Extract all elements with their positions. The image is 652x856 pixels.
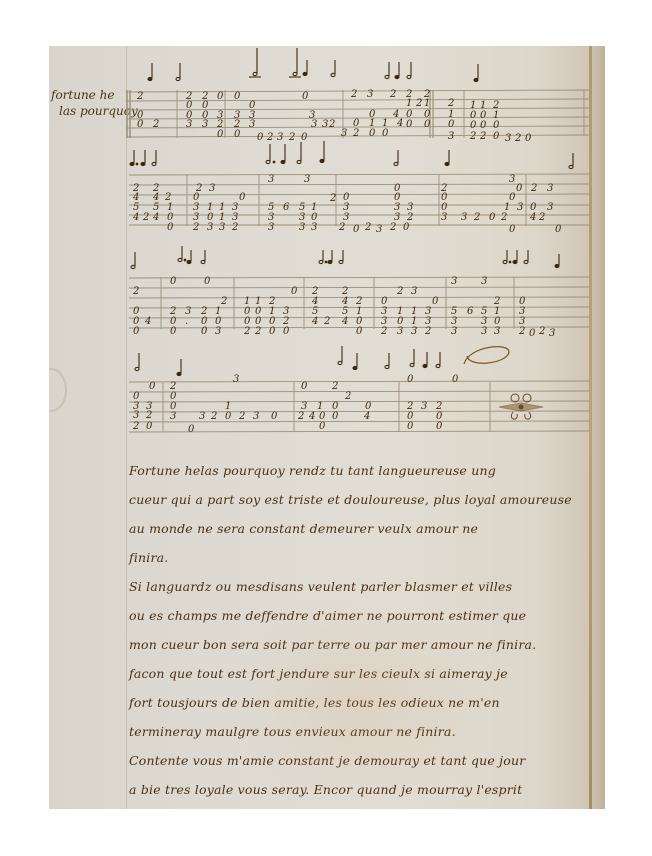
svg-text:3: 3 bbox=[311, 222, 317, 233]
svg-text:3: 3 bbox=[376, 224, 382, 235]
svg-text:0: 0 bbox=[204, 276, 211, 287]
svg-text:2: 2 bbox=[469, 131, 476, 142]
svg-text:0: 0 bbox=[291, 286, 298, 297]
svg-text:0: 0 bbox=[301, 132, 308, 143]
svg-text:0: 0 bbox=[239, 192, 246, 203]
svg-text:0: 0 bbox=[555, 224, 562, 235]
svg-text:2: 2 bbox=[364, 222, 371, 233]
svg-text:0: 0 bbox=[356, 326, 363, 337]
svg-text:3: 3 bbox=[481, 276, 487, 287]
svg-text:0: 0 bbox=[302, 91, 309, 102]
svg-text:0: 0 bbox=[217, 129, 224, 140]
svg-text:3: 3 bbox=[494, 326, 500, 337]
svg-text:0: 0 bbox=[382, 128, 389, 139]
svg-text:2: 2 bbox=[344, 391, 351, 402]
svg-text:3: 3 bbox=[268, 174, 274, 185]
lyric-line: ou es champs me deffendre d'aimer ne pou… bbox=[129, 601, 589, 630]
svg-text:3: 3 bbox=[215, 326, 221, 337]
manuscript-page: fortune he las pourquoy bbox=[49, 46, 605, 809]
svg-text:4: 4 bbox=[311, 316, 318, 327]
svg-text:0: 0 bbox=[269, 326, 276, 337]
svg-text:3: 3 bbox=[421, 401, 427, 412]
svg-text:2: 2 bbox=[266, 132, 273, 143]
svg-text:3: 3 bbox=[219, 222, 225, 233]
svg-text:6: 6 bbox=[283, 202, 290, 213]
svg-text:2: 2 bbox=[254, 326, 261, 337]
svg-text:0: 0 bbox=[493, 131, 500, 142]
svg-text:3: 3 bbox=[209, 183, 215, 194]
svg-text:1: 1 bbox=[424, 98, 430, 109]
svg-text:2: 2 bbox=[473, 212, 480, 223]
svg-text:2: 2 bbox=[331, 381, 338, 392]
lyric-line: cueur qui a part soy est triste et doulo… bbox=[129, 485, 589, 514]
svg-text:3: 3 bbox=[481, 326, 487, 337]
svg-text:0: 0 bbox=[133, 326, 140, 337]
svg-text:4: 4 bbox=[144, 316, 151, 327]
svg-text:0: 0 bbox=[201, 326, 208, 337]
lyric-line: finira. bbox=[129, 543, 589, 572]
svg-text:2: 2 bbox=[518, 326, 525, 337]
svg-text:2: 2 bbox=[389, 222, 396, 233]
svg-text:4: 4 bbox=[341, 316, 348, 327]
svg-text:4: 4 bbox=[363, 411, 370, 422]
svg-text:2: 2 bbox=[424, 326, 431, 337]
svg-text:3: 3 bbox=[448, 131, 454, 142]
svg-text:3: 3 bbox=[451, 326, 457, 337]
svg-text:2: 2 bbox=[538, 212, 545, 223]
svg-text:4: 4 bbox=[396, 118, 403, 129]
svg-text:2: 2 bbox=[338, 222, 345, 233]
svg-text:2: 2 bbox=[145, 410, 152, 421]
lyric-line: termineray maulgre tous envieux amour ne… bbox=[129, 717, 589, 746]
svg-text:0: 0 bbox=[369, 128, 376, 139]
svg-text:0: 0 bbox=[271, 411, 278, 422]
tablature-systems: 2002 2200 00 0033 3322 00 033 02320 0333… bbox=[49, 46, 605, 456]
svg-text:4: 4 bbox=[132, 212, 139, 223]
svg-text:2: 2 bbox=[132, 286, 139, 297]
svg-text:0: 0 bbox=[234, 91, 241, 102]
svg-text:0: 0 bbox=[283, 326, 290, 337]
svg-text:0: 0 bbox=[170, 326, 177, 337]
svg-text:2: 2 bbox=[142, 212, 149, 223]
svg-text:2: 2 bbox=[389, 89, 396, 100]
svg-text:2: 2 bbox=[192, 222, 199, 233]
svg-text:0: 0 bbox=[217, 91, 224, 102]
svg-text:2: 2 bbox=[329, 193, 336, 204]
svg-text:2: 2 bbox=[243, 326, 250, 337]
svg-text:2: 2 bbox=[132, 421, 139, 432]
svg-text:0: 0 bbox=[146, 421, 153, 432]
svg-text:3: 3 bbox=[322, 119, 328, 130]
svg-text:0: 0 bbox=[149, 381, 156, 392]
svg-text:0: 0 bbox=[319, 421, 326, 432]
lyric-line: a bie tres loyale vous seray. Encor quan… bbox=[129, 775, 589, 804]
lyric-line: au monde ne sera constant demeurer veulx… bbox=[129, 514, 589, 543]
svg-text:4: 4 bbox=[308, 411, 315, 422]
svg-text:3: 3 bbox=[411, 286, 417, 297]
svg-text:2: 2 bbox=[447, 98, 454, 109]
svg-text:3: 3 bbox=[133, 410, 139, 421]
svg-text:0: 0 bbox=[493, 120, 500, 131]
svg-text:2: 2 bbox=[323, 316, 330, 327]
svg-text:0: 0 bbox=[225, 411, 232, 422]
svg-text:2: 2 bbox=[288, 132, 295, 143]
svg-text:3: 3 bbox=[517, 202, 523, 213]
svg-text:0: 0 bbox=[424, 119, 431, 130]
svg-text:1: 1 bbox=[406, 98, 412, 109]
svg-text:.: . bbox=[185, 316, 188, 327]
lyric-line: mon cueur bon sera soit par terre ou par… bbox=[129, 630, 589, 659]
svg-text:3: 3 bbox=[253, 411, 259, 422]
svg-text:3: 3 bbox=[505, 133, 511, 144]
svg-text:2: 2 bbox=[350, 89, 357, 100]
svg-text:3: 3 bbox=[441, 212, 447, 223]
svg-text:0: 0 bbox=[480, 120, 487, 131]
lyric-line: fort tousjours de bien amitie, les tous … bbox=[129, 688, 589, 717]
svg-text:3: 3 bbox=[311, 119, 317, 130]
svg-text:3: 3 bbox=[268, 222, 274, 233]
svg-text:0: 0 bbox=[436, 421, 443, 432]
svg-text:3: 3 bbox=[547, 202, 553, 213]
svg-text:0: 0 bbox=[407, 421, 414, 432]
svg-text:2: 2 bbox=[328, 119, 335, 130]
svg-text:6: 6 bbox=[467, 306, 474, 317]
svg-text:3: 3 bbox=[367, 89, 373, 100]
svg-text:2: 2 bbox=[352, 128, 359, 139]
svg-text:0: 0 bbox=[353, 224, 360, 235]
svg-text:0: 0 bbox=[257, 132, 264, 143]
svg-text:3: 3 bbox=[304, 174, 310, 185]
svg-text:0: 0 bbox=[188, 424, 195, 435]
svg-text:3: 3 bbox=[186, 119, 192, 130]
svg-text:2: 2 bbox=[479, 131, 486, 142]
svg-text:0: 0 bbox=[525, 133, 532, 144]
svg-text:2: 2 bbox=[500, 212, 507, 223]
svg-text:3: 3 bbox=[397, 326, 403, 337]
svg-text:3: 3 bbox=[277, 132, 283, 143]
svg-text:0: 0 bbox=[470, 120, 477, 131]
svg-text:0: 0 bbox=[332, 411, 339, 422]
svg-text:2: 2 bbox=[210, 411, 217, 422]
svg-text:0: 0 bbox=[529, 328, 536, 339]
svg-text:0: 0 bbox=[516, 183, 523, 194]
svg-text:1: 1 bbox=[225, 401, 231, 412]
svg-text:2: 2 bbox=[380, 326, 387, 337]
lyric-line: vous servira croyez moy car pour vray am… bbox=[129, 804, 589, 809]
svg-text:0: 0 bbox=[509, 224, 516, 235]
svg-text:2: 2 bbox=[396, 286, 403, 297]
svg-text:0: 0 bbox=[167, 222, 174, 233]
svg-text:3: 3 bbox=[299, 222, 305, 233]
tablature-fret-numbers: 2002 2200 00 0033 3322 00 033 02320 0333… bbox=[132, 89, 562, 435]
svg-text:0: 0 bbox=[137, 119, 144, 130]
svg-text:3: 3 bbox=[199, 411, 205, 422]
svg-text:0: 0 bbox=[406, 119, 413, 130]
svg-text:3: 3 bbox=[249, 119, 255, 130]
svg-text:3: 3 bbox=[451, 276, 457, 287]
svg-text:3: 3 bbox=[547, 183, 553, 194]
svg-text:2: 2 bbox=[415, 98, 422, 109]
svg-text:2: 2 bbox=[406, 212, 413, 223]
svg-text:2: 2 bbox=[297, 411, 304, 422]
svg-text:3: 3 bbox=[233, 374, 239, 385]
lyric-line: facon que tout est fort jendure sur les … bbox=[129, 659, 589, 688]
svg-text:0: 0 bbox=[170, 276, 177, 287]
svg-text:2: 2 bbox=[152, 119, 159, 130]
svg-text:3: 3 bbox=[394, 212, 400, 223]
svg-text:0: 0 bbox=[407, 374, 414, 385]
fleuron-ornament-icon bbox=[499, 394, 543, 419]
lyrics-text-block: Fortune helas pourquoy rendz tu tant lan… bbox=[129, 456, 589, 809]
svg-text:2: 2 bbox=[514, 133, 521, 144]
svg-text:0: 0 bbox=[448, 119, 455, 130]
svg-text:2: 2 bbox=[538, 326, 545, 337]
svg-text:4: 4 bbox=[152, 212, 159, 223]
svg-text:0: 0 bbox=[234, 129, 241, 140]
svg-text:3: 3 bbox=[461, 212, 467, 223]
lyric-line: Fortune helas pourquoy rendz tu tant lan… bbox=[129, 456, 589, 485]
svg-text:2: 2 bbox=[238, 411, 245, 422]
svg-text:0: 0 bbox=[301, 381, 308, 392]
svg-text:3: 3 bbox=[341, 128, 347, 139]
svg-text:2: 2 bbox=[136, 91, 143, 102]
svg-text:3: 3 bbox=[549, 328, 555, 339]
lyric-line: Contente vous m'amie constant je demoura… bbox=[129, 746, 589, 775]
svg-text:0: 0 bbox=[403, 222, 410, 233]
svg-text:2: 2 bbox=[530, 183, 537, 194]
svg-text:4: 4 bbox=[529, 212, 536, 223]
svg-text:3: 3 bbox=[202, 119, 208, 130]
svg-text:0: 0 bbox=[452, 374, 459, 385]
svg-text:3: 3 bbox=[411, 326, 417, 337]
svg-text:3: 3 bbox=[207, 222, 213, 233]
lyric-line: Si languardz ou mesdisans veulent parler… bbox=[129, 572, 589, 601]
flourish-loop bbox=[464, 347, 509, 364]
svg-text:3: 3 bbox=[170, 411, 176, 422]
svg-text:2: 2 bbox=[231, 222, 238, 233]
svg-text:3: 3 bbox=[509, 174, 515, 185]
svg-text:0: 0 bbox=[432, 296, 439, 307]
svg-text:0: 0 bbox=[489, 212, 496, 223]
